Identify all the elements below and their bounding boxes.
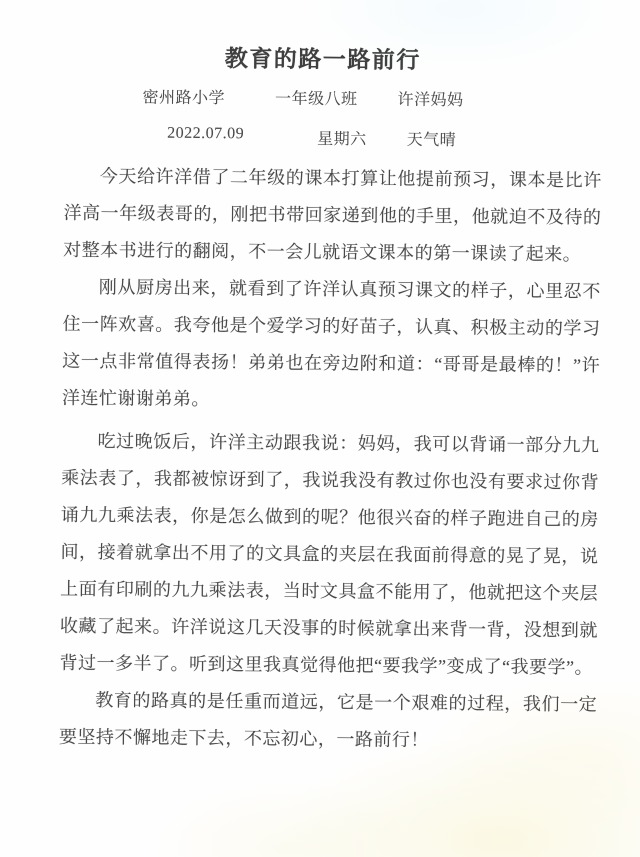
weather-text: 天气晴 — [407, 126, 457, 149]
author-name: 许洋妈妈 — [397, 86, 463, 110]
byline-row: 密州路小学 一年级八班 许洋妈妈 — [2, 83, 640, 112]
date-row: 2022.07.09 星期六 天气晴 — [2, 123, 640, 152]
photographed-document: { "page": { "paper_color": "#fefefe", "t… — [0, 0, 640, 857]
paragraph-1: 今天给许洋借了二年级的课本打算让他提前预习，课本是比许洋高一年级表哥的，刚把书带… — [63, 158, 602, 274]
school-name: 密州路小学 — [142, 84, 225, 108]
paragraph-2: 刚从厨房出来，就看到了许洋认真预习课文的样子，心里忍不住一阵欢喜。我夸他是个爱学… — [62, 269, 601, 422]
page-title: 教育的路一路前行 — [3, 0, 640, 78]
essay-body: 今天给许洋借了二年级的课本打算让他提前预习，课本是比许洋高一年级表哥的，刚把书带… — [59, 158, 602, 761]
paragraph-4: 教育的路真的是任重而道远，它是一个艰难的过程，我们一定要坚持不懈地走下去，不忘初… — [59, 681, 598, 760]
weekday-text: 星期六 — [317, 126, 367, 149]
paragraph-3: 吃过晚饭后，许洋主动跟我说：妈妈，我可以背诵一部分九九乘法表了，我都被惊讶到了，… — [59, 422, 599, 686]
date-text: 2022.07.09 — [167, 124, 244, 148]
document-sheet: 教育的路一路前行 密州路小学 一年级八班 许洋妈妈 2022.07.09 星期六… — [0, 0, 640, 857]
class-name: 一年级八班 — [275, 85, 358, 109]
